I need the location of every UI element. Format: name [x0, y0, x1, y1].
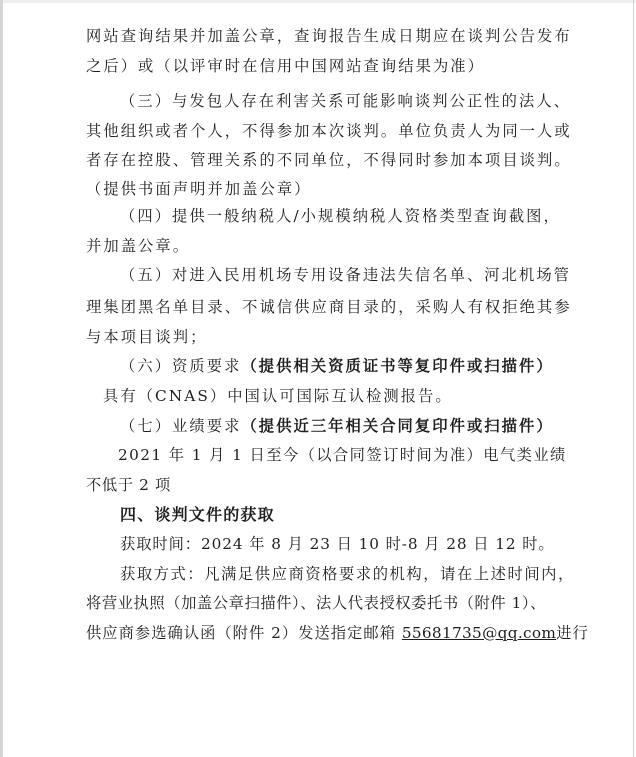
text-line: 不低于 2 项	[86, 471, 560, 501]
text-suffix: 进行	[556, 624, 589, 642]
document-page: 网站查询结果并加盖公章，查询报告生成日期应在谈判公告发布 之后）或（以评审时在信…	[86, 22, 560, 648]
text-line: 将营业执照（加盖公章扫描件）、法人代表授权委托书（附件 1）、	[86, 589, 560, 619]
section-heading: 四、谈判文件的获取	[86, 500, 560, 530]
text-line: 理集团黑名单目录、不诚信供应商目录的，采购人有权拒绝其参	[86, 291, 560, 323]
text-line: 2021 年 1 月 1 日至今（以合同签订时间为准）电气类业绩	[86, 441, 560, 471]
performance-label: （七）业绩要求	[120, 417, 241, 435]
text-line: 供应商参选确认函（附件 2）发送指定邮箱 55681735@qq.com进行	[86, 619, 560, 649]
text-line: 并加盖公章。	[86, 232, 560, 262]
text-prefix: 供应商参选确认函（附件 2）发送指定邮箱	[86, 624, 402, 642]
paragraph-conflict-of-interest: （三）与发包人存在利害关系可能影响谈判公正性的法人、 其他组织或者个人，不得参加…	[86, 87, 560, 202]
text-line: （五）对进入民用机场专用设备违法失信名单、河北机场管	[86, 261, 560, 291]
page-top-strip	[0, 0, 636, 3]
paragraph-performance: （七）业绩要求（提供近三年相关合同复印件或扫描件） 2021 年 1 月 1 日…	[86, 412, 560, 501]
paragraph-credit-check: 网站查询结果并加盖公章，查询报告生成日期应在谈判公告发布 之后）或（以评审时在信…	[86, 22, 560, 81]
paragraph-blacklist: （五）对进入民用机场专用设备违法失信名单、河北机场管 理集团黑名单目录、不诚信供…	[86, 261, 560, 352]
text-line: 获取方式：凡满足供应商资格要求的机构，请在上述时间内，	[86, 560, 560, 590]
text-line: 者存在控股、管理关系的不同单位，不得同时参加本项目谈判。	[86, 146, 560, 176]
paragraph-taxpayer: （四）提供一般纳税人/小规模纳税人资格类型查询截图， 并加盖公章。	[86, 202, 560, 261]
text-line: 网站查询结果并加盖公章，查询报告生成日期应在谈判公告发布	[86, 22, 560, 52]
performance-note: （提供近三年相关合同复印件或扫描件）	[241, 417, 553, 435]
qualification-requirement-line: （六）资质要求（提供相关资质证书等复印件或扫描件）	[86, 352, 560, 382]
text-line: 其他组织或者个人，不得参加本次谈判。单位负责人为同一人或	[86, 117, 560, 147]
text-line: （四）提供一般纳税人/小规模纳税人资格类型查询截图，	[86, 202, 560, 232]
paragraph-qualification: （六）资质要求（提供相关资质证书等复印件或扫描件） 具有（CNAS）中国认可国际…	[86, 352, 560, 411]
text-line: 与本项目谈判；	[86, 323, 560, 353]
acquisition-time: 获取时间：2024 年 8 月 23 日 10 时-8 月 28 日 12 时。	[86, 530, 560, 560]
qualification-label: （六）资质要求	[120, 357, 241, 375]
paragraph-acquisition-method: 获取方式：凡满足供应商资格要求的机构，请在上述时间内， 将营业执照（加盖公章扫描…	[86, 560, 560, 649]
performance-requirement-line: （七）业绩要求（提供近三年相关合同复印件或扫描件）	[86, 412, 560, 442]
qualification-note: （提供相关资质证书等复印件或扫描件）	[241, 357, 553, 375]
text-line: （提供书面声明并加盖公章）	[86, 176, 560, 202]
page-right-edge	[633, 0, 634, 757]
qualification-detail: 具有（CNAS）中国认可国际互认检测报告。	[86, 382, 560, 412]
text-line: 之后）或（以评审时在信用中国网站查询结果为准）	[86, 52, 560, 82]
text-line: （三）与发包人存在利害关系可能影响谈判公正性的法人、	[86, 87, 560, 117]
email-link[interactable]: 55681735@qq.com	[402, 624, 556, 642]
page-left-border	[0, 0, 3, 757]
